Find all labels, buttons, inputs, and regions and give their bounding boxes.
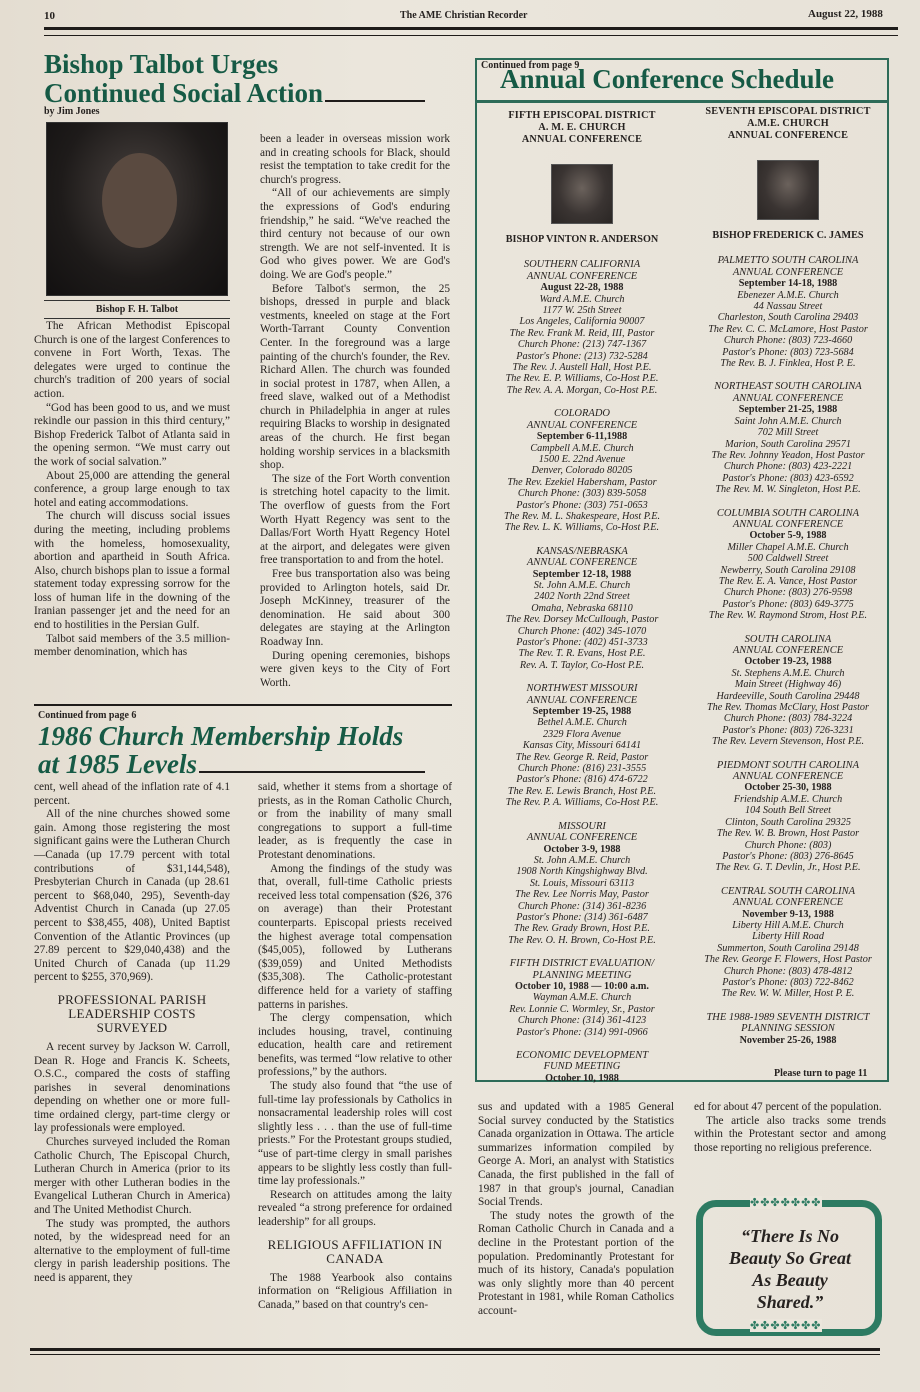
conference-entry: FIFTH DISTRICT EVALUATION/PLANNING MEETI… xyxy=(482,958,682,1038)
headline-line-1: Bishop Talbot Urges xyxy=(44,50,425,79)
conference-detail: Clinton, South Carolina 29325 xyxy=(690,817,886,828)
district-heading: FIFTH EPISCOPAL DISTRICT A. M. E. CHURCH… xyxy=(482,110,682,146)
conference-detail: The Rev. Frank M. Reid, III, Pastor xyxy=(482,328,682,339)
quote-line: “There Is No xyxy=(700,1225,880,1247)
paragraph: Research on attitudes among the laity re… xyxy=(258,1189,452,1230)
conference-detail: The Rev. E. A. Vance, Host Pastor xyxy=(690,576,886,587)
conference-detail: Omaha, Nebraska 68110 xyxy=(482,603,682,614)
bishop-james-photo xyxy=(757,160,819,220)
conference-entry: SOUTHERN CALIFORNIAANNUAL CONFERENCEAugu… xyxy=(482,259,682,396)
conference-name: ANNUAL CONFERENCE xyxy=(482,271,682,282)
conference-detail: The Rev. B. J. Finklea, Host P. E. xyxy=(690,358,886,369)
conference-detail: Church Phone: (803) 423-2221 xyxy=(690,461,886,472)
conference-name: PLANNING SESSION xyxy=(690,1023,886,1034)
schedule-title-rule xyxy=(477,100,887,103)
conference-detail: The Rev. Dorsey McCullough, Pastor xyxy=(482,614,682,625)
conference-detail: The Rev. M. L. Shakespeare, Host P.E. xyxy=(482,511,682,522)
conference-detail: The Rev. W. B. Brown, Host Pastor xyxy=(690,828,886,839)
conference-detail: The Rev. Grady Brown, Host P.E. xyxy=(482,923,682,934)
byline: by Jim Jones xyxy=(44,106,100,117)
talbot-column-1: The African Methodist Episcopal Church i… xyxy=(34,320,230,660)
photo-caption: Bishop F. H. Talbot xyxy=(44,300,230,319)
quote-line: As Beauty xyxy=(700,1269,880,1291)
conference-date: September 21-25, 1988 xyxy=(690,404,886,415)
conference-detail: Church Phone: (314) 361-8236 xyxy=(482,901,682,912)
conference-detail: St. John A.M.E. Church xyxy=(482,580,682,591)
conference-name: SOUTHERN CALIFORNIA xyxy=(482,259,682,270)
bishop-name: BISHOP FREDERICK C. JAMES xyxy=(690,230,886,241)
conference-detail: Denver, Colorado 80205 xyxy=(482,465,682,476)
conference-detail: Marion, South Carolina 29571 xyxy=(690,439,886,450)
conference-date: October 10, 1988 — 10:00 a.m. xyxy=(482,981,682,992)
talbot-column-2: been a leader in overseas mission work a… xyxy=(260,133,450,690)
paragraph: ed for about 47 percent of the populatio… xyxy=(694,1101,886,1115)
quote-line: Shared.” xyxy=(700,1291,880,1313)
conference-date: November 25-26, 1988 xyxy=(690,1035,886,1046)
conference-name: THE 1988-1989 SEVENTH DISTRICT xyxy=(690,1012,886,1023)
conference-detail: Campbell A.M.E. Church xyxy=(482,443,682,454)
headline-line-2: at 1985 Levels xyxy=(38,749,197,779)
conference-detail: The Rev. M. W. Singleton, Host P.E. xyxy=(690,484,886,495)
paragraph: All of the nine churches showed some gai… xyxy=(34,808,230,985)
paragraph: The article also tracks some trends with… xyxy=(694,1115,886,1156)
conference-detail: Pastor's Phone: (314) 361-6487 xyxy=(482,912,682,923)
conference-detail: Rev. A. T. Taylor, Co-Host P.E. xyxy=(482,660,682,671)
paragraph: About 25,000 are attending the general c… xyxy=(34,470,230,511)
conference-detail: The Rev. W. W. Miller, Host P. E. xyxy=(690,988,886,999)
paragraph: cent, well ahead of the inflation rate o… xyxy=(34,781,230,808)
conference-detail: Main Street (Highway 46) xyxy=(690,679,886,690)
conference-date: October 25-30, 1988 xyxy=(690,782,886,793)
conference-detail: Church Phone: (213) 747-1367 xyxy=(482,339,682,350)
conference-name: COLORADO xyxy=(482,408,682,419)
paragraph: Free bus transportation also was being p… xyxy=(260,568,450,650)
conference-name: ANNUAL CONFERENCE xyxy=(690,897,886,908)
conference-name: ECONOMIC DEVELOPMENT xyxy=(482,1050,682,1061)
conference-date: September 12-18, 1988 xyxy=(482,569,682,580)
membership-headline: 1986 Church Membership Holds at 1985 Lev… xyxy=(38,722,425,778)
conference-detail: The Rev. Lee Norris May, Pastor xyxy=(482,889,682,900)
conference-detail: Pastor's Phone: (816) 474-6722 xyxy=(482,774,682,785)
conference-detail: Church Phone: (816) 231-3555 xyxy=(482,763,682,774)
headline-rule xyxy=(199,771,425,773)
conference-detail: Newberry, South Carolina 29108 xyxy=(690,565,886,576)
ornament-top: ✤✤✤✤✤✤✤ xyxy=(750,1196,822,1209)
membership-column-4: ed for about 47 percent of the populatio… xyxy=(694,1101,886,1155)
bishop-name: BISHOP VINTON R. ANDERSON xyxy=(482,234,682,245)
conference-name: PLANNING MEETING xyxy=(482,970,682,981)
conference-entry: COLORADOANNUAL CONFERENCESeptember 6-11,… xyxy=(482,408,682,533)
conference-name: ANNUAL CONFERENCE xyxy=(690,267,886,278)
quote-line: Beauty So Great xyxy=(700,1247,880,1269)
conference-name: PALMETTO SOUTH CAROLINA xyxy=(690,255,886,266)
conference-detail: Church Phone: (803) 784-3224 xyxy=(690,713,886,724)
conference-detail: Wayman A.M.E. Church xyxy=(482,992,682,1003)
conference-detail: Church Phone: (803) 478-4812 xyxy=(690,966,886,977)
conference-detail: The Rev. C. C. McLamore, Host Pastor xyxy=(690,324,886,335)
membership-column-1: cent, well ahead of the inflation rate o… xyxy=(34,781,230,1286)
subhead-parish-costs: PROFESSIONAL PARISH LEADERSHIP COSTS SUR… xyxy=(34,993,230,1035)
district-line: ANNUAL CONFERENCE xyxy=(690,130,886,142)
conference-detail: Church Phone: (402) 345-1070 xyxy=(482,626,682,637)
conference-detail: Pastor's Phone: (803) 649-3775 xyxy=(690,599,886,610)
conference-detail: Pastor's Phone: (303) 751-0653 xyxy=(482,500,682,511)
headline-line-2: Continued Social Action xyxy=(44,78,323,108)
portrait-face xyxy=(102,153,177,248)
conference-detail: 1908 North Kingshighway Blvd. xyxy=(482,866,682,877)
conference-detail: St. Stephens A.M.E. Church xyxy=(690,668,886,679)
conference-detail: 1500 E. 22nd Avenue xyxy=(482,454,682,465)
conference-detail: The Rev. A. A. Morgan, Co-Host P.E. xyxy=(482,385,682,396)
conference-entry: PALMETTO SOUTH CAROLINAANNUAL CONFERENCE… xyxy=(690,255,886,369)
conference-detail: Pastor's Phone: (803) 276-8645 xyxy=(690,851,886,862)
conference-entry: NORTHEAST SOUTH CAROLINAANNUAL CONFERENC… xyxy=(690,381,886,495)
conference-detail: Pastor's Phone: (314) 991-0966 xyxy=(482,1027,682,1038)
conference-detail: The Rev. L. K. Williams, Co-Host P.E. xyxy=(482,522,682,533)
conference-detail: The Rev. Levern Stevenson, Host P.E. xyxy=(690,736,886,747)
paragraph: The African Methodist Episcopal Church i… xyxy=(34,320,230,402)
conference-name: ANNUAL CONFERENCE xyxy=(482,832,682,843)
conference-detail: The Rev. Johnny Yeadon, Host Pastor xyxy=(690,450,886,461)
conference-detail: St. Louis, Missouri 63113 xyxy=(482,878,682,889)
talbot-headline: Bishop Talbot Urges Continued Social Act… xyxy=(44,50,425,108)
conference-detail: Hardeeville, South Carolina 29448 xyxy=(690,691,886,702)
conference-name: PIEDMONT SOUTH CAROLINA xyxy=(690,760,886,771)
bishop-anderson-photo xyxy=(551,164,613,224)
paragraph: The clergy compensation, which includes … xyxy=(258,1012,452,1080)
paragraph: Churches surveyed included the Roman Cat… xyxy=(34,1136,230,1218)
paragraph: The 1988 Yearbook also contains informat… xyxy=(258,1272,452,1313)
conference-detail: Church Phone: (803) 723-4660 xyxy=(690,335,886,346)
quote-text: “There Is No Beauty So Great As Beauty S… xyxy=(700,1225,880,1313)
conference-detail: Liberty Hill A.M.E. Church xyxy=(690,920,886,931)
masthead-rule xyxy=(44,27,898,30)
conference-name: ANNUAL CONFERENCE xyxy=(690,519,886,530)
conference-detail: The Rev. W. Raymond Strom, Host P.E. xyxy=(690,610,886,621)
conference-name: COLUMBIA SOUTH CAROLINA xyxy=(690,508,886,519)
conference-detail: 500 Caldwell Street xyxy=(690,553,886,564)
paragraph: been a leader in overseas mission work a… xyxy=(260,133,450,187)
conference-name: ANNUAL CONFERENCE xyxy=(690,393,886,404)
conference-detail: Pastor's Phone: (803) 726-3231 xyxy=(690,725,886,736)
paragraph: Among the findings of the study was that… xyxy=(258,863,452,1013)
district-line: A. M. E. CHURCH xyxy=(482,122,682,134)
conference-entry: COLUMBIA SOUTH CAROLINAANNUAL CONFERENCE… xyxy=(690,508,886,622)
schedule-title: Annual Conference Schedule xyxy=(500,64,834,95)
conference-name: CENTRAL SOUTH CAROLINA xyxy=(690,886,886,897)
conference-name: KANSAS/NEBRASKA xyxy=(482,546,682,557)
fifth-district-column: FIFTH EPISCOPAL DISTRICT A. M. E. CHURCH… xyxy=(482,110,682,1096)
conference-detail: The Rev. T. R. Evans, Host P.E. xyxy=(482,648,682,659)
conference-detail: Pastor's Phone: (803) 723-5684 xyxy=(690,347,886,358)
conference-detail: 2329 Flora Avenue xyxy=(482,729,682,740)
conference-detail: Church Phone: (303) 839-5058 xyxy=(482,488,682,499)
conference-entry: ECONOMIC DEVELOPMENTFUND MEETINGOctober … xyxy=(482,1050,682,1084)
conference-entry: CENTRAL SOUTH CAROLINAANNUAL CONFERENCEN… xyxy=(690,886,886,1000)
conference-entry: KANSAS/NEBRASKAANNUAL CONFERENCESeptembe… xyxy=(482,546,682,671)
conference-name: ANNUAL CONFERENCE xyxy=(482,695,682,706)
conference-detail: The Rev. Ezekiel Habersham, Pastor xyxy=(482,477,682,488)
publication-name: The AME Christian Recorder xyxy=(400,10,528,21)
paragraph: Before Talbot's sermon, the 25 bishops, … xyxy=(260,283,450,473)
membership-column-2: said, whether it stems from a shortage o… xyxy=(258,781,452,1312)
district-line: A.M.E. CHURCH xyxy=(690,118,886,130)
conference-detail: Saint John A.M.E. Church xyxy=(690,416,886,427)
conference-date: October 19-23, 1988 xyxy=(690,656,886,667)
conference-date: November 9-13, 1988 xyxy=(690,909,886,920)
paragraph: Talbot said members of the 3.5 million-m… xyxy=(34,633,230,660)
paragraph: said, whether it stems from a shortage o… xyxy=(258,781,452,863)
headline-line-1: 1986 Church Membership Holds xyxy=(38,722,425,750)
conference-entry: PIEDMONT SOUTH CAROLINAANNUAL CONFERENCE… xyxy=(690,760,886,874)
paragraph: The study notes the growth of the Roman … xyxy=(478,1210,674,1319)
bishop-talbot-photo xyxy=(46,122,228,296)
conference-detail: Church Phone: (803) 276-9598 xyxy=(690,587,886,598)
paragraph: A recent survey by Jackson W. Carroll, D… xyxy=(34,1041,230,1136)
conference-detail: Kansas City, Missouri 64141 xyxy=(482,740,682,751)
masthead-rule-thin xyxy=(44,35,898,36)
conference-date: October 3-9, 1988 xyxy=(482,844,682,855)
conference-detail: The Rev. George F. Flowers, Host Pastor xyxy=(690,954,886,965)
district-heading: SEVENTH EPISCOPAL DISTRICT A.M.E. CHURCH… xyxy=(690,106,886,142)
conference-detail: Church Phone: (803) xyxy=(690,840,886,851)
conference-detail: 104 South Bell Street xyxy=(690,805,886,816)
membership-column-3: sus and updated with a 1985 General Soci… xyxy=(478,1101,674,1319)
conference-date: October 10, 1988 xyxy=(482,1073,682,1084)
seventh-district-column: SEVENTH EPISCOPAL DISTRICT A.M.E. CHURCH… xyxy=(690,106,886,1058)
conference-detail: St. John A.M.E. Church xyxy=(482,855,682,866)
paragraph: The church will discuss social issues du… xyxy=(34,510,230,632)
conference-detail: Friendship A.M.E. Church xyxy=(690,794,886,805)
conference-detail: The Rev. J. Austell Hall, Host P.E. xyxy=(482,362,682,373)
conference-name: SOUTH CAROLINA xyxy=(690,634,886,645)
footer-rule-thin xyxy=(30,1354,880,1355)
conference-detail: The Rev. E. Lewis Branch, Host P.E. xyxy=(482,786,682,797)
conference-detail: Pastor's Phone: (803) 423-6592 xyxy=(690,473,886,484)
conference-detail: Pastor's Phone: (402) 451-3733 xyxy=(482,637,682,648)
paragraph: sus and updated with a 1985 General Soci… xyxy=(478,1101,674,1210)
conference-entry: SOUTH CAROLINAANNUAL CONFERENCEOctober 1… xyxy=(690,634,886,748)
subhead-religious-affiliation: RELIGIOUS AFFILIATION IN CANADA xyxy=(258,1238,452,1266)
conference-name: ANNUAL CONFERENCE xyxy=(690,645,886,656)
conference-date: October 5-9, 1988 xyxy=(690,530,886,541)
issue-date: August 22, 1988 xyxy=(808,8,883,20)
district-line: SEVENTH EPISCOPAL DISTRICT xyxy=(690,106,886,118)
conference-detail: Los Angeles, California 90007 xyxy=(482,316,682,327)
turn-to-page-label: Please turn to page 11 xyxy=(774,1068,867,1079)
conference-detail: The Rev. O. H. Brown, Co-Host P.E. xyxy=(482,935,682,946)
conference-detail: Charleston, South Carolina 29403 xyxy=(690,312,886,323)
conference-detail: Ward A.M.E. Church xyxy=(482,294,682,305)
conference-detail: Bethel A.M.E. Church xyxy=(482,717,682,728)
headline-rule xyxy=(325,100,425,102)
section-divider xyxy=(34,704,452,706)
conference-name: MISSOURI xyxy=(482,821,682,832)
conference-detail: The Rev. Thomas McClary, Host Pastor xyxy=(690,702,886,713)
conference-detail: Ebenezer A.M.E. Church xyxy=(690,290,886,301)
conference-name: FIFTH DISTRICT EVALUATION/ xyxy=(482,958,682,969)
conference-detail: The Rev. E. P. Williams, Co-Host P.E. xyxy=(482,373,682,384)
conference-detail: 702 Mill Street xyxy=(690,427,886,438)
continued-from-label: Continued from page 6 xyxy=(38,710,136,721)
conference-detail: 1177 W. 25th Street xyxy=(482,305,682,316)
conference-entry: THE 1988-1989 SEVENTH DISTRICTPLANNING S… xyxy=(690,1012,886,1046)
newspaper-page: 10 The AME Christian Recorder August 22,… xyxy=(0,0,920,1392)
paragraph: The study was prompted, the authors note… xyxy=(34,1218,230,1286)
conference-date: September 14-18, 1988 xyxy=(690,278,886,289)
conference-date: August 22-28, 1988 xyxy=(482,282,682,293)
conference-detail: Miller Chapel A.M.E. Church xyxy=(690,542,886,553)
paragraph: The study also found that “the use of fu… xyxy=(258,1080,452,1189)
conference-detail: Liberty Hill Road xyxy=(690,931,886,942)
conference-name: ANNUAL CONFERENCE xyxy=(482,420,682,431)
conference-detail: Pastor's Phone: (803) 722-8462 xyxy=(690,977,886,988)
conference-detail: 44 Nassau Street xyxy=(690,301,886,312)
conference-detail: Church Phone: (314) 361-4123 xyxy=(482,1015,682,1026)
conference-date: September 19-25, 1988 xyxy=(482,706,682,717)
conference-entry: NORTHWEST MISSOURIANNUAL CONFERENCESepte… xyxy=(482,683,682,808)
conference-name: NORTHWEST MISSOURI xyxy=(482,683,682,694)
paragraph: “God has been good to us, and we must re… xyxy=(34,402,230,470)
conference-detail: Summerton, South Carolina 29148 xyxy=(690,943,886,954)
conference-detail: Pastor's Phone: (213) 732-5284 xyxy=(482,351,682,362)
paragraph: During opening ceremonies, bishops were … xyxy=(260,650,450,691)
conference-entry: MISSOURIANNUAL CONFERENCEOctober 3-9, 19… xyxy=(482,821,682,946)
conference-detail: The Rev. G. T. Devlin, Jr., Host P.E. xyxy=(690,862,886,873)
page-number: 10 xyxy=(44,10,55,22)
paragraph: “All of our achievements are simply the … xyxy=(260,187,450,282)
district-line: ANNUAL CONFERENCE xyxy=(482,134,682,146)
conference-detail: The Rev. George R. Reid, Pastor xyxy=(482,752,682,763)
footer-rule xyxy=(30,1348,880,1351)
conference-name: ANNUAL CONFERENCE xyxy=(482,557,682,568)
district-line: FIFTH EPISCOPAL DISTRICT xyxy=(482,110,682,122)
conference-detail: Rev. Lonnie C. Wormley, Sr., Pastor xyxy=(482,1004,682,1015)
conference-detail: 2402 North 22nd Street xyxy=(482,591,682,602)
conference-name: NORTHEAST SOUTH CAROLINA xyxy=(690,381,886,392)
paragraph: The size of the Fort Worth convention is… xyxy=(260,473,450,568)
ornament-bottom: ✤✤✤✤✤✤✤ xyxy=(750,1319,822,1332)
conference-name: FUND MEETING xyxy=(482,1061,682,1072)
conference-name: ANNUAL CONFERENCE xyxy=(690,771,886,782)
conference-date: September 6-11,1988 xyxy=(482,431,682,442)
conference-detail: The Rev. P. A. Williams, Co-Host P.E. xyxy=(482,797,682,808)
